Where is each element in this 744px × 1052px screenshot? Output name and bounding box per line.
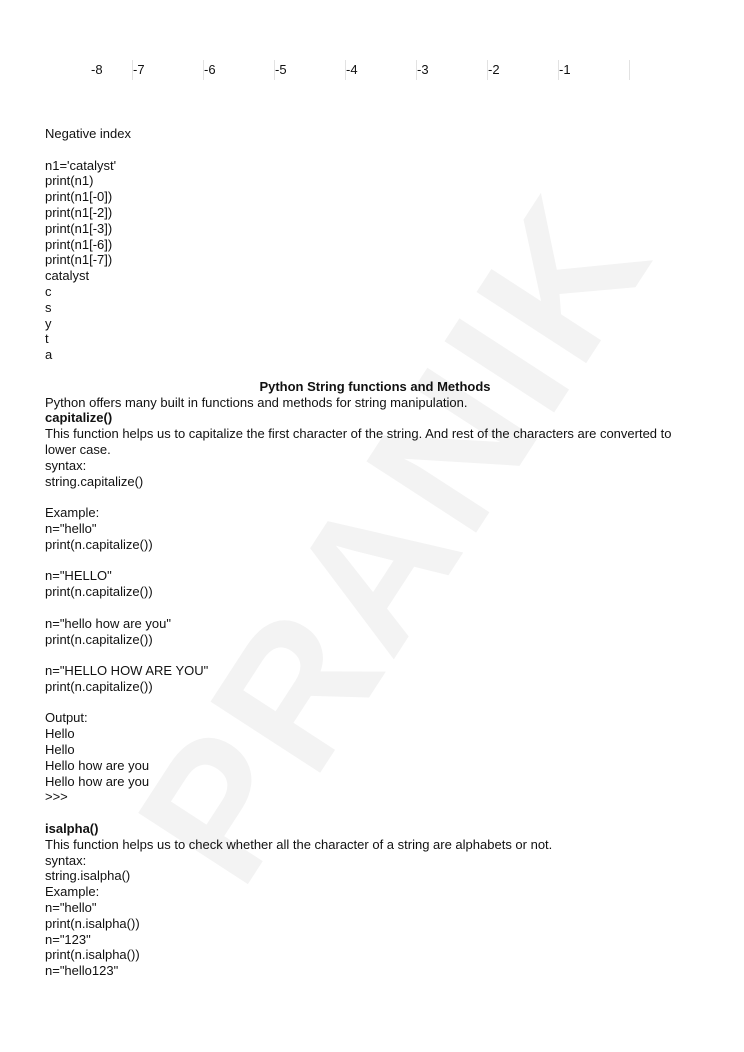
code-line: print(n1[-2]): [45, 205, 705, 221]
negative-index-heading: Negative index: [45, 126, 705, 142]
code-line: print(n.capitalize()): [45, 537, 705, 553]
code-line: n="123": [45, 932, 705, 948]
output-line: t: [45, 331, 705, 347]
example-label: Example:: [45, 884, 705, 900]
code-line: n="hello": [45, 900, 705, 916]
output-line: catalyst: [45, 268, 705, 284]
output-line: Hello: [45, 726, 705, 742]
negative-index-table: -8 -7 -6 -5 -4 -3 -2 -1: [62, 60, 654, 80]
code-line: n="HELLO": [45, 568, 705, 584]
capitalize-description: This function helps us to capitalize the…: [45, 426, 705, 458]
code-line: print(n.capitalize()): [45, 584, 705, 600]
code-line: print(n1): [45, 173, 705, 189]
isalpha-heading: isalpha(): [45, 821, 705, 837]
section-intro: Python offers many built in functions an…: [45, 395, 705, 411]
code-line: print(n.capitalize()): [45, 679, 705, 695]
output-line: c: [45, 284, 705, 300]
output-line: a: [45, 347, 705, 363]
index-label: -8: [91, 60, 103, 80]
index-cell: -6: [203, 60, 274, 80]
output-line: s: [45, 300, 705, 316]
output-line: Hello how are you: [45, 758, 705, 774]
table-border: [629, 60, 631, 80]
code-line: print(n.capitalize()): [45, 632, 705, 648]
code-line: print(n.isalpha()): [45, 947, 705, 963]
output-label: Output:: [45, 710, 705, 726]
code-line: print(n1[-3]): [45, 221, 705, 237]
output-line: Hello: [45, 742, 705, 758]
output-line: y: [45, 316, 705, 332]
index-cell: -8: [62, 60, 132, 80]
index-label: -4: [346, 60, 358, 80]
index-cell: -3: [416, 60, 487, 80]
section-title: Python String functions and Methods: [45, 379, 705, 395]
output-line: Hello how are you: [45, 774, 705, 790]
code-line: n="hello": [45, 521, 705, 537]
syntax-label: syntax:: [45, 853, 705, 869]
index-label: -6: [204, 60, 216, 80]
index-cell: -7: [132, 60, 203, 80]
code-line: n="HELLO HOW ARE YOU": [45, 663, 705, 679]
index-cell: -1: [558, 60, 629, 80]
code-line: print(n.isalpha()): [45, 916, 705, 932]
isalpha-description: This function helps us to check whether …: [45, 837, 705, 853]
index-cell: -4: [345, 60, 416, 80]
code-line: n="hello123": [45, 963, 705, 979]
capitalize-heading: capitalize(): [45, 410, 705, 426]
syntax-code: string.isalpha(): [45, 868, 705, 884]
syntax-label: syntax:: [45, 458, 705, 474]
index-cell: -2: [487, 60, 558, 80]
index-label: -5: [275, 60, 287, 80]
output-line: >>>: [45, 789, 705, 805]
example-label: Example:: [45, 505, 705, 521]
document-body: Negative index n1='catalyst' print(n1) p…: [45, 126, 705, 979]
code-line: print(n1[-0]): [45, 189, 705, 205]
index-label: -7: [133, 60, 145, 80]
syntax-code: string.capitalize(): [45, 474, 705, 490]
code-line: print(n1[-6]): [45, 237, 705, 253]
code-line: print(n1[-7]): [45, 252, 705, 268]
code-line: n="hello how are you": [45, 616, 705, 632]
index-cell: -5: [274, 60, 345, 80]
code-line: n1='catalyst': [45, 158, 705, 174]
index-label: -2: [488, 60, 500, 80]
index-label: -1: [559, 60, 571, 80]
index-label: -3: [417, 60, 429, 80]
